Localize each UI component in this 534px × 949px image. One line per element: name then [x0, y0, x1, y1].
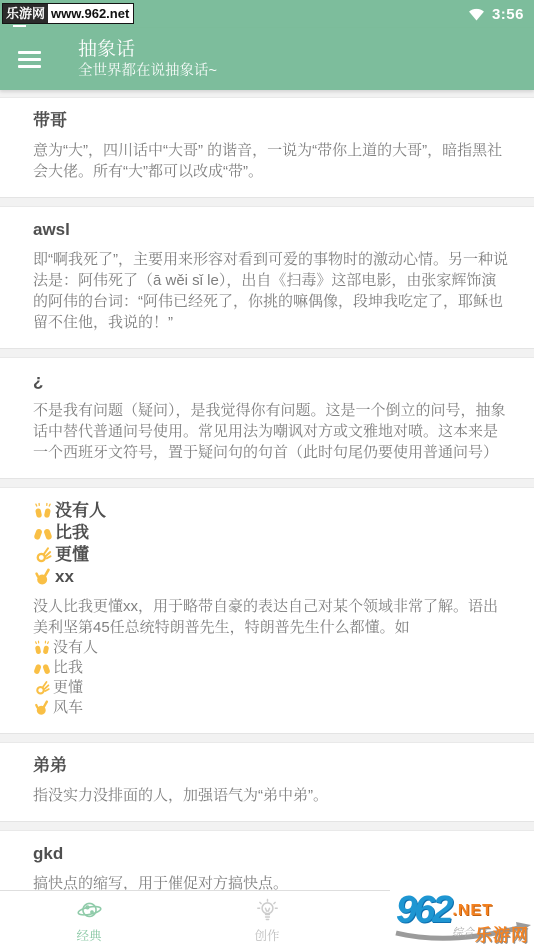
call-me-hand-icon — [33, 699, 51, 717]
site-badge-url: www.962.net — [48, 4, 133, 23]
term-title: ¿ — [33, 370, 508, 392]
watermark-number: 962 — [396, 892, 450, 929]
site-badge-label: 乐游网 — [3, 4, 48, 23]
watermark-net: .NET — [452, 902, 492, 920]
tab-classic[interactable]: 经典 — [0, 891, 178, 949]
term-title-text: 更懂 — [55, 544, 89, 566]
term-definition-text: 不是我有问题（疑问），是我觉得你有问题。这是一个倒立的问号，抽象话中替代普通问号… — [33, 402, 506, 461]
site-watermark-logo: 综合 962 .NET 乐游网 — [390, 890, 534, 949]
term-title-text: xx — [55, 566, 74, 588]
term-title-text: 弟弟 — [33, 756, 67, 775]
app-header: 抽象话 全世界都在说抽象话~ — [0, 28, 534, 90]
term-definition-text: 指没实力没排面的人，加强语气为“弟中弟”。 — [33, 787, 328, 804]
planet-icon — [76, 897, 103, 924]
term-card[interactable]: 没有人比我更懂xx没人比我更懂xx，用于略带自豪的表达自己对某个领域非常了解。语… — [0, 487, 534, 734]
term-card[interactable]: 带哥意为“大”，四川话中“大哥” 的谐音，一说为“带你上道的大哥”，暗指黑社会大… — [0, 97, 534, 198]
term-title-text: 带哥 — [33, 111, 67, 130]
ok-hand-icon — [33, 679, 51, 697]
term-title: 带哥 — [33, 110, 508, 132]
hamburger-menu-icon — [18, 51, 41, 68]
term-definition: 没人比我更懂xx，用于略带自豪的表达自己对某个领域非常了解。语出美利坚第45任总… — [33, 596, 508, 718]
raising-hands-icon — [33, 501, 53, 521]
status-clock: 3:56 — [492, 6, 524, 23]
open-hands-icon — [33, 523, 53, 543]
ok-hand-icon — [33, 545, 53, 565]
hamburger-menu-button[interactable] — [0, 28, 58, 90]
term-card[interactable]: awsl即“啊我死了”，主要用来形容对看到可爱的事物时的激动心情。另一种说法是：… — [0, 206, 534, 349]
term-definition-text: 即“啊我死了”，主要用来形容对看到可爱的事物时的激动心情。另一种说法是：阿伟死了… — [33, 251, 508, 331]
term-title-text: gkd — [33, 844, 63, 863]
term-title: gkd — [33, 843, 508, 865]
term-definition: 意为“大”，四川话中“大哥” 的谐音，一说为“带你上道的大哥”，暗指黑社会大佬。… — [33, 140, 508, 182]
term-definition-text: 意为“大”，四川话中“大哥” 的谐音，一说为“带你上道的大哥”，暗指黑社会大佬。… — [33, 142, 502, 180]
term-definition: 指没实力没排面的人，加强语气为“弟中弟”。 — [33, 785, 508, 806]
cards-list: 带哥意为“大”，四川话中“大哥” 的谐音，一说为“带你上道的大哥”，暗指黑社会大… — [0, 90, 534, 910]
term-definition: 不是我有问题（疑问），是我觉得你有问题。这是一个倒立的问号，抽象话中替代普通问号… — [33, 400, 508, 463]
term-definition-text: 没有人 — [53, 638, 98, 658]
term-title: 没有人比我更懂xx — [33, 500, 508, 588]
tab-create-label: 创作 — [254, 926, 279, 944]
site-watermark-badge: 乐游网 www.962.net — [2, 3, 134, 24]
term-definition-text: 更懂 — [53, 678, 83, 698]
call-me-hand-icon — [33, 567, 53, 587]
watermark-site-name: 乐游网 — [475, 921, 529, 946]
term-title-text: ¿ — [33, 371, 43, 390]
term-definition-text: 比我 — [53, 658, 83, 678]
term-title-text: awsl — [33, 220, 70, 239]
term-title-text: 没有人 — [55, 500, 106, 522]
page-subtitle: 全世界都在说抽象话~ — [78, 63, 217, 80]
term-title-text: 比我 — [55, 522, 89, 544]
open-hands-icon — [33, 659, 51, 677]
lightbulb-icon — [254, 897, 281, 924]
term-title: awsl — [33, 219, 508, 241]
term-definition-text: 风车 — [53, 698, 83, 718]
wifi-icon — [468, 7, 485, 21]
raising-hands-icon — [33, 639, 51, 657]
term-definition: 即“啊我死了”，主要用来形容对看到可爱的事物时的激动心情。另一种说法是：阿伟死了… — [33, 249, 508, 333]
badge-underline — [13, 25, 26, 27]
tab-create[interactable]: 创作 — [178, 891, 356, 949]
term-definition-text: 没人比我更懂xx，用于略带自豪的表达自己对某个领域非常了解。语出美利坚第45任总… — [33, 598, 498, 636]
status-bar: 乐游网 www.962.net 3:56 — [0, 0, 534, 28]
page-title: 抽象话 — [78, 39, 217, 60]
term-title: 弟弟 — [33, 755, 508, 777]
tab-classic-label: 经典 — [76, 926, 101, 944]
term-card[interactable]: 弟弟指没实力没排面的人，加强语气为“弟中弟”。 — [0, 742, 534, 822]
term-card[interactable]: ¿不是我有问题（疑问），是我觉得你有问题。这是一个倒立的问号，抽象话中替代普通问… — [0, 357, 534, 479]
